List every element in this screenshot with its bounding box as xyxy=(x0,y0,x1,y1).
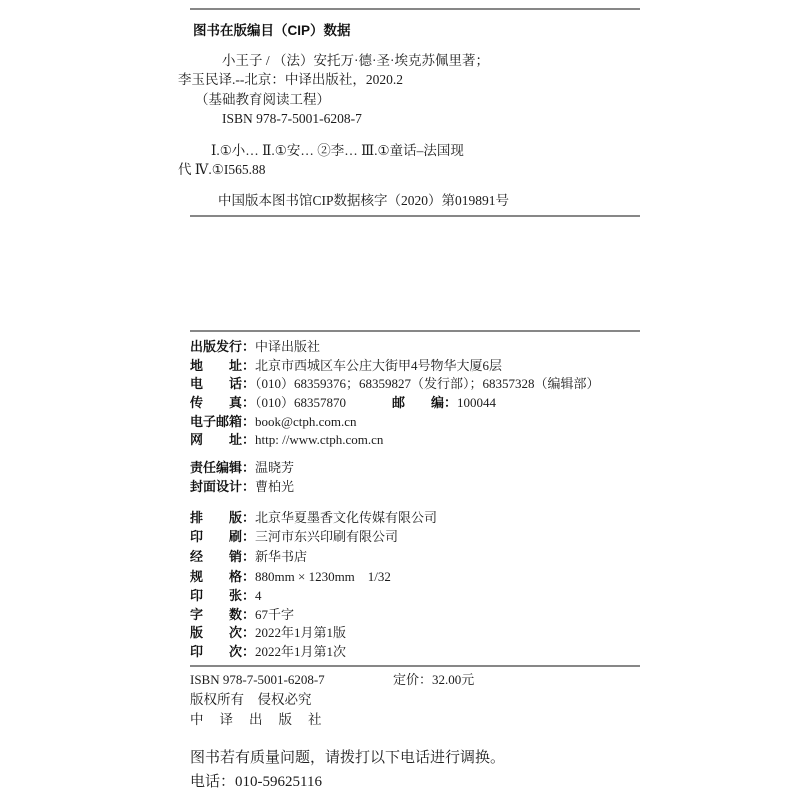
row-value: 2022年1月第1次 xyxy=(255,644,346,659)
row-label: 字 数： xyxy=(190,607,255,622)
service-phone: 电话：010-59625116 xyxy=(190,772,322,792)
row-value: 880mm × 1230mm 1/32 xyxy=(255,569,391,584)
info-row-website: 网 址：http: //www.ctph.com.cn xyxy=(190,431,600,450)
info-row-sheets: 印 张：4 xyxy=(190,587,391,606)
divider-top xyxy=(190,8,640,10)
staff-block: 责任编辑：温晓芳 封面设计：曹柏光 xyxy=(190,458,294,496)
row-label: 出版发行： xyxy=(190,339,255,354)
row-label: 封面设计： xyxy=(190,479,255,494)
info-row-typesetting: 排 版：北京华夏墨香文化传媒有限公司 xyxy=(190,508,437,527)
row-label: 印 张： xyxy=(190,588,255,603)
info-row-fax: 传 真：（010）68357870 邮 编：100044 xyxy=(190,394,600,413)
row-value: （010）68359376；68359827（发行部）；68357328（编辑部… xyxy=(255,376,600,391)
info-row-email: 电子邮箱：book@ctph.com.cn xyxy=(190,413,600,432)
row-label: 地 址： xyxy=(190,358,255,373)
row-label: 经 销： xyxy=(190,549,255,564)
info-row-editor: 责任编辑：温晓芳 xyxy=(190,458,294,477)
postal-code-pair: 邮 编：100044 xyxy=(392,394,496,413)
divider-cip-bottom xyxy=(190,215,640,217)
row-value: 中译出版社 xyxy=(255,339,320,354)
cip-class-line-1: Ⅰ.①小… Ⅱ.①安… ②李… Ⅲ.①童话–法国现 xyxy=(178,141,658,160)
row-value: 北京华夏墨香文化传媒有限公司 xyxy=(255,510,437,525)
row-value: 北京市西城区车公庄大街甲4号物华大厦6层 xyxy=(255,358,502,373)
row-label: 传 真： xyxy=(190,395,255,410)
row-label: 网 址： xyxy=(190,432,255,447)
cip-class-line-2: 代 Ⅳ.①I565.88 xyxy=(178,160,658,179)
info-row-format: 规 格：880mm × 1230mm 1/32 xyxy=(190,568,391,587)
info-row-address: 地 址：北京市西城区车公庄大街甲4号物华大厦6层 xyxy=(190,357,600,376)
cip-isbn-line: ISBN 978-7-5001-6208-7 xyxy=(178,109,658,128)
imprint-publisher: 中译出版社 xyxy=(190,710,338,729)
row-value: 三河市东兴印刷有限公司 xyxy=(255,529,398,544)
info-row-wordcount: 字 数：67千字 xyxy=(190,606,391,625)
specs-block: 规 格：880mm × 1230mm 1/32 印 张：4 字 数：67千字 版… xyxy=(190,568,391,662)
cip-block: 小王子 / （法）安托万·德·圣·埃克苏佩里著； 李玉民译.--北京：中译出版社… xyxy=(178,51,658,210)
postal-value: 100044 xyxy=(457,395,496,410)
isbn-price-line: ISBN 978-7-5001-6208-7 定价：32.00元 xyxy=(190,670,640,689)
row-value: （010）68357870 xyxy=(255,395,346,410)
row-value: 4 xyxy=(255,588,262,603)
row-label: 电子邮箱： xyxy=(190,414,255,429)
price-text: 定价：32.00元 xyxy=(393,670,474,689)
cip-registry: 中国版本图书馆CIP数据核字（2020）第019891号 xyxy=(178,191,658,210)
row-value: 新华书店 xyxy=(255,549,307,564)
cip-series-line: （基础教育阅读工程） xyxy=(178,90,658,109)
row-label: 排 版： xyxy=(190,510,255,525)
info-row-publisher: 出版发行：中译出版社 xyxy=(190,338,600,357)
info-row-cover-design: 封面设计：曹柏光 xyxy=(190,477,294,496)
production-block: 排 版：北京华夏墨香文化传媒有限公司 印 刷：三河市东兴印刷有限公司 经 销：新… xyxy=(190,508,437,566)
row-label: 规 格： xyxy=(190,569,255,584)
cip-record-line-2: 李玉民译.--北京：中译出版社，2020.2 xyxy=(178,70,658,89)
row-value: 2022年1月第1版 xyxy=(255,625,346,640)
info-row-distribution: 经 销：新华书店 xyxy=(190,547,437,566)
book-copyright-page: 图书在版编目（CIP）数据 小王子 / （法）安托万·德·圣·埃克苏佩里著； 李… xyxy=(0,0,800,800)
row-label: 电 话： xyxy=(190,376,255,391)
copyright-notice: 版权所有 侵权必究 xyxy=(190,690,312,709)
row-value: book@ctph.com.cn xyxy=(255,414,357,429)
info-row-edition: 版 次：2022年1月第1版 xyxy=(190,624,391,643)
quality-note: 图书若有质量问题，请拨打以下电话进行调换。 xyxy=(190,748,505,768)
divider-info-top xyxy=(190,330,640,332)
row-label: 印 次： xyxy=(190,644,255,659)
row-value: 67千字 xyxy=(255,607,294,622)
isbn-text: ISBN 978-7-5001-6208-7 xyxy=(190,672,325,687)
cip-heading: 图书在版编目（CIP）数据 xyxy=(193,19,351,39)
cip-record-line-1: 小王子 / （法）安托万·德·圣·埃克苏佩里著； xyxy=(178,51,658,70)
divider-footer xyxy=(190,665,640,667)
info-row-printing: 印 刷：三河市东兴印刷有限公司 xyxy=(190,527,437,546)
info-row-phone: 电 话：（010）68359376；68359827（发行部）；68357328… xyxy=(190,375,600,394)
row-value: 温晓芳 xyxy=(255,460,294,475)
row-label: 印 刷： xyxy=(190,529,255,544)
row-value: http: //www.ctph.com.cn xyxy=(255,432,383,447)
postal-label: 邮 编： xyxy=(392,395,457,410)
row-value: 曹柏光 xyxy=(255,479,294,494)
row-label: 责任编辑： xyxy=(190,460,255,475)
info-row-impression: 印 次：2022年1月第1次 xyxy=(190,643,391,662)
row-label: 版 次： xyxy=(190,625,255,640)
publisher-block: 出版发行：中译出版社 地 址：北京市西城区车公庄大街甲4号物华大厦6层 电 话：… xyxy=(190,338,600,450)
